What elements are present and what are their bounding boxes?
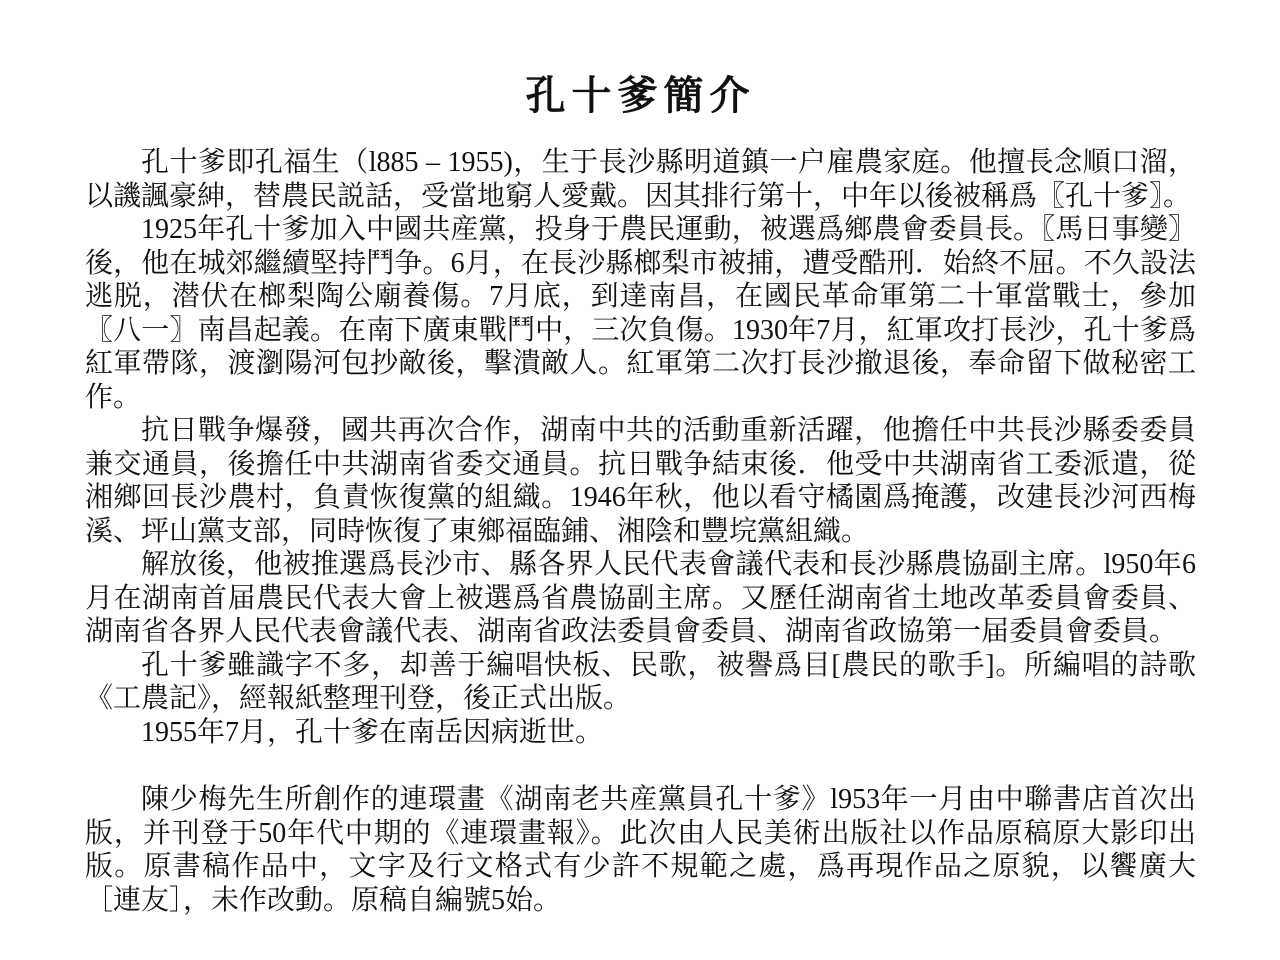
- paragraph-anti-japanese-war: 抗日戰争爆發，國共再次合作，湖南中共的活動重新活躍，他擔任中共長沙縣委委員兼交通…: [85, 414, 1196, 548]
- document-content: 孔十爹簡介 孔十爹即孔福生（l885 – 1955)，生于長沙縣明道鎮一户雇農家…: [85, 72, 1196, 917]
- paragraph-1925-revolution: 1925年孔十爹加入中國共産黨，投身于農民運動，被選爲鄉農會委員長。〖馬日事變〗…: [85, 213, 1196, 414]
- paragraph-folk-singer: 孔十爹雖識字不多，却善于編唱快板、民歌，被譽爲目[農民的歌手]。所編唱的詩歌《工…: [85, 649, 1196, 716]
- paragraph-after-liberation: 解放後，他被推選爲長沙市、縣各界人民代表會議代表和長沙縣農協副主席。l950年6…: [85, 548, 1196, 649]
- paragraph-publisher-note: 陳少梅先生所創作的連環畫《湖南老共産黨員孔十爹》l953年一月由中聯書店首次出版…: [85, 783, 1196, 917]
- document-body: 孔十爹即孔福生（l885 – 1955)，生于長沙縣明道鎮一户雇農家庭。他擅長念…: [85, 146, 1196, 917]
- document-page: 孔十爹簡介 孔十爹即孔福生（l885 – 1955)，生于長沙縣明道鎮一户雇農家…: [0, 0, 1280, 960]
- paragraph-death: 1955年7月，孔十爹在南岳因病逝世。: [85, 716, 1196, 750]
- page-title: 孔十爹簡介: [85, 72, 1196, 120]
- paragraph-intro: 孔十爹即孔福生（l885 – 1955)，生于長沙縣明道鎮一户雇農家庭。他擅長念…: [85, 146, 1196, 213]
